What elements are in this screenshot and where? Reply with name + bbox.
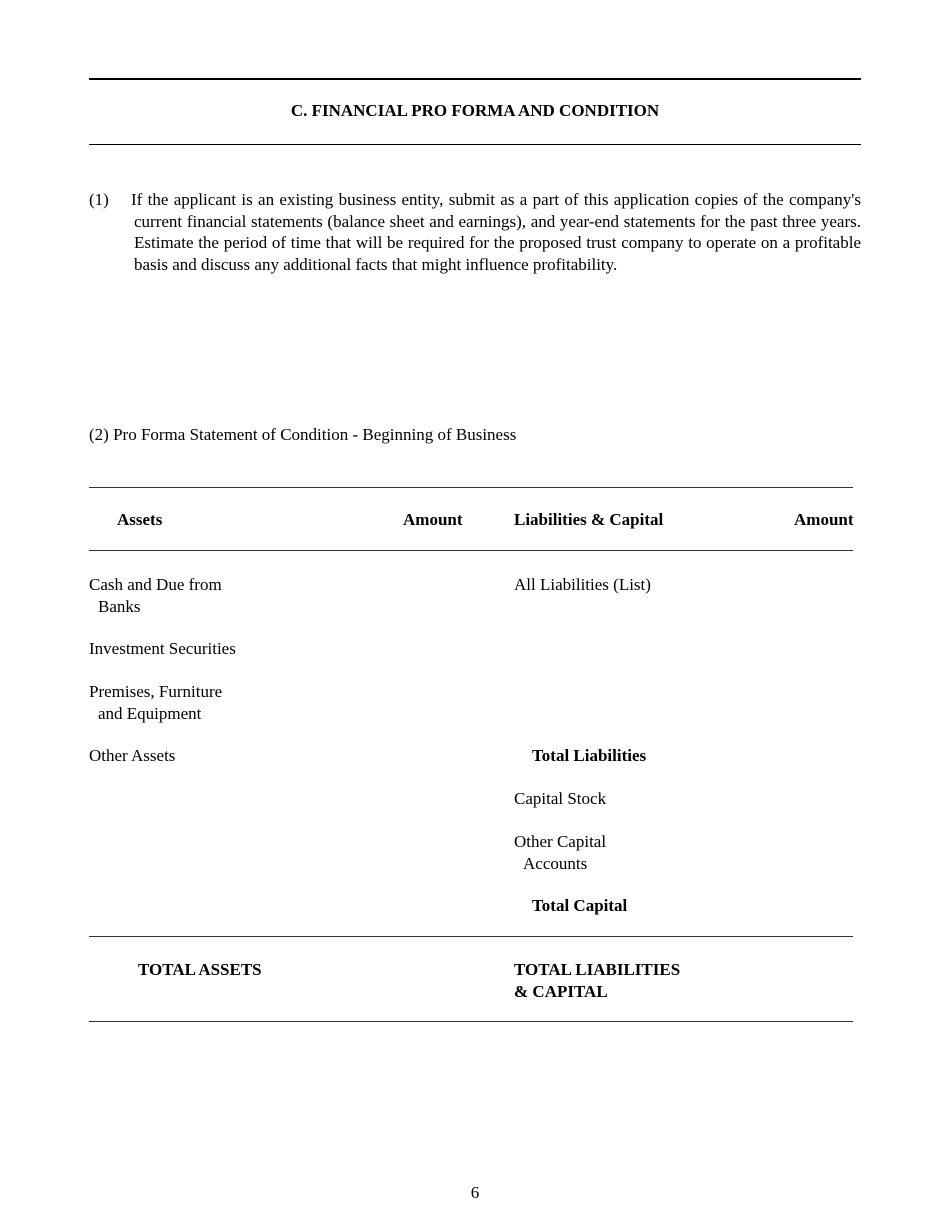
totals-bottom-rule xyxy=(89,1021,853,1022)
totals-top-rule xyxy=(89,936,853,937)
capital-stock: Capital Stock xyxy=(514,788,606,810)
asset-premises-furniture-equipment: Premises, Furniture and Equipment xyxy=(89,681,222,724)
asset-investment-securities: Investment Securities xyxy=(89,638,236,660)
page-number: 6 xyxy=(0,1183,950,1203)
asset-cash-due-from-banks: Cash and Due from Banks xyxy=(89,574,222,617)
total-assets: TOTAL ASSETS xyxy=(138,959,262,981)
capital-other-accounts: Other Capital Accounts xyxy=(514,831,606,874)
asset-other-assets: Other Assets xyxy=(89,745,175,767)
total-liabilities-capital: TOTAL LIABILITIES & CAPITAL xyxy=(514,959,680,1002)
header-bottom-rule xyxy=(89,550,853,551)
header-assets: Assets xyxy=(117,510,162,530)
header-assets-amount: Amount xyxy=(403,510,463,530)
liability-total-liabilities: Total Liabilities xyxy=(532,745,646,767)
header-liabilities-amount: Amount xyxy=(794,510,854,530)
top-rule xyxy=(89,78,861,80)
table-top-rule xyxy=(89,487,853,488)
header-liabilities: Liabilities & Capital xyxy=(514,510,663,530)
item-2-heading: (2) Pro Forma Statement of Condition - B… xyxy=(89,425,516,445)
capital-total-capital: Total Capital xyxy=(532,895,627,917)
liability-all-liabilities: All Liabilities (List) xyxy=(514,574,651,596)
section-title: C. FINANCIAL PRO FORMA AND CONDITION xyxy=(89,101,861,121)
title-bottom-rule xyxy=(89,144,861,145)
item-1-number: (1) xyxy=(89,189,109,211)
item-1-text: If the applicant is an existing business… xyxy=(89,189,861,275)
item-1-paragraph: (1) If the applicant is an existing busi… xyxy=(89,189,861,275)
